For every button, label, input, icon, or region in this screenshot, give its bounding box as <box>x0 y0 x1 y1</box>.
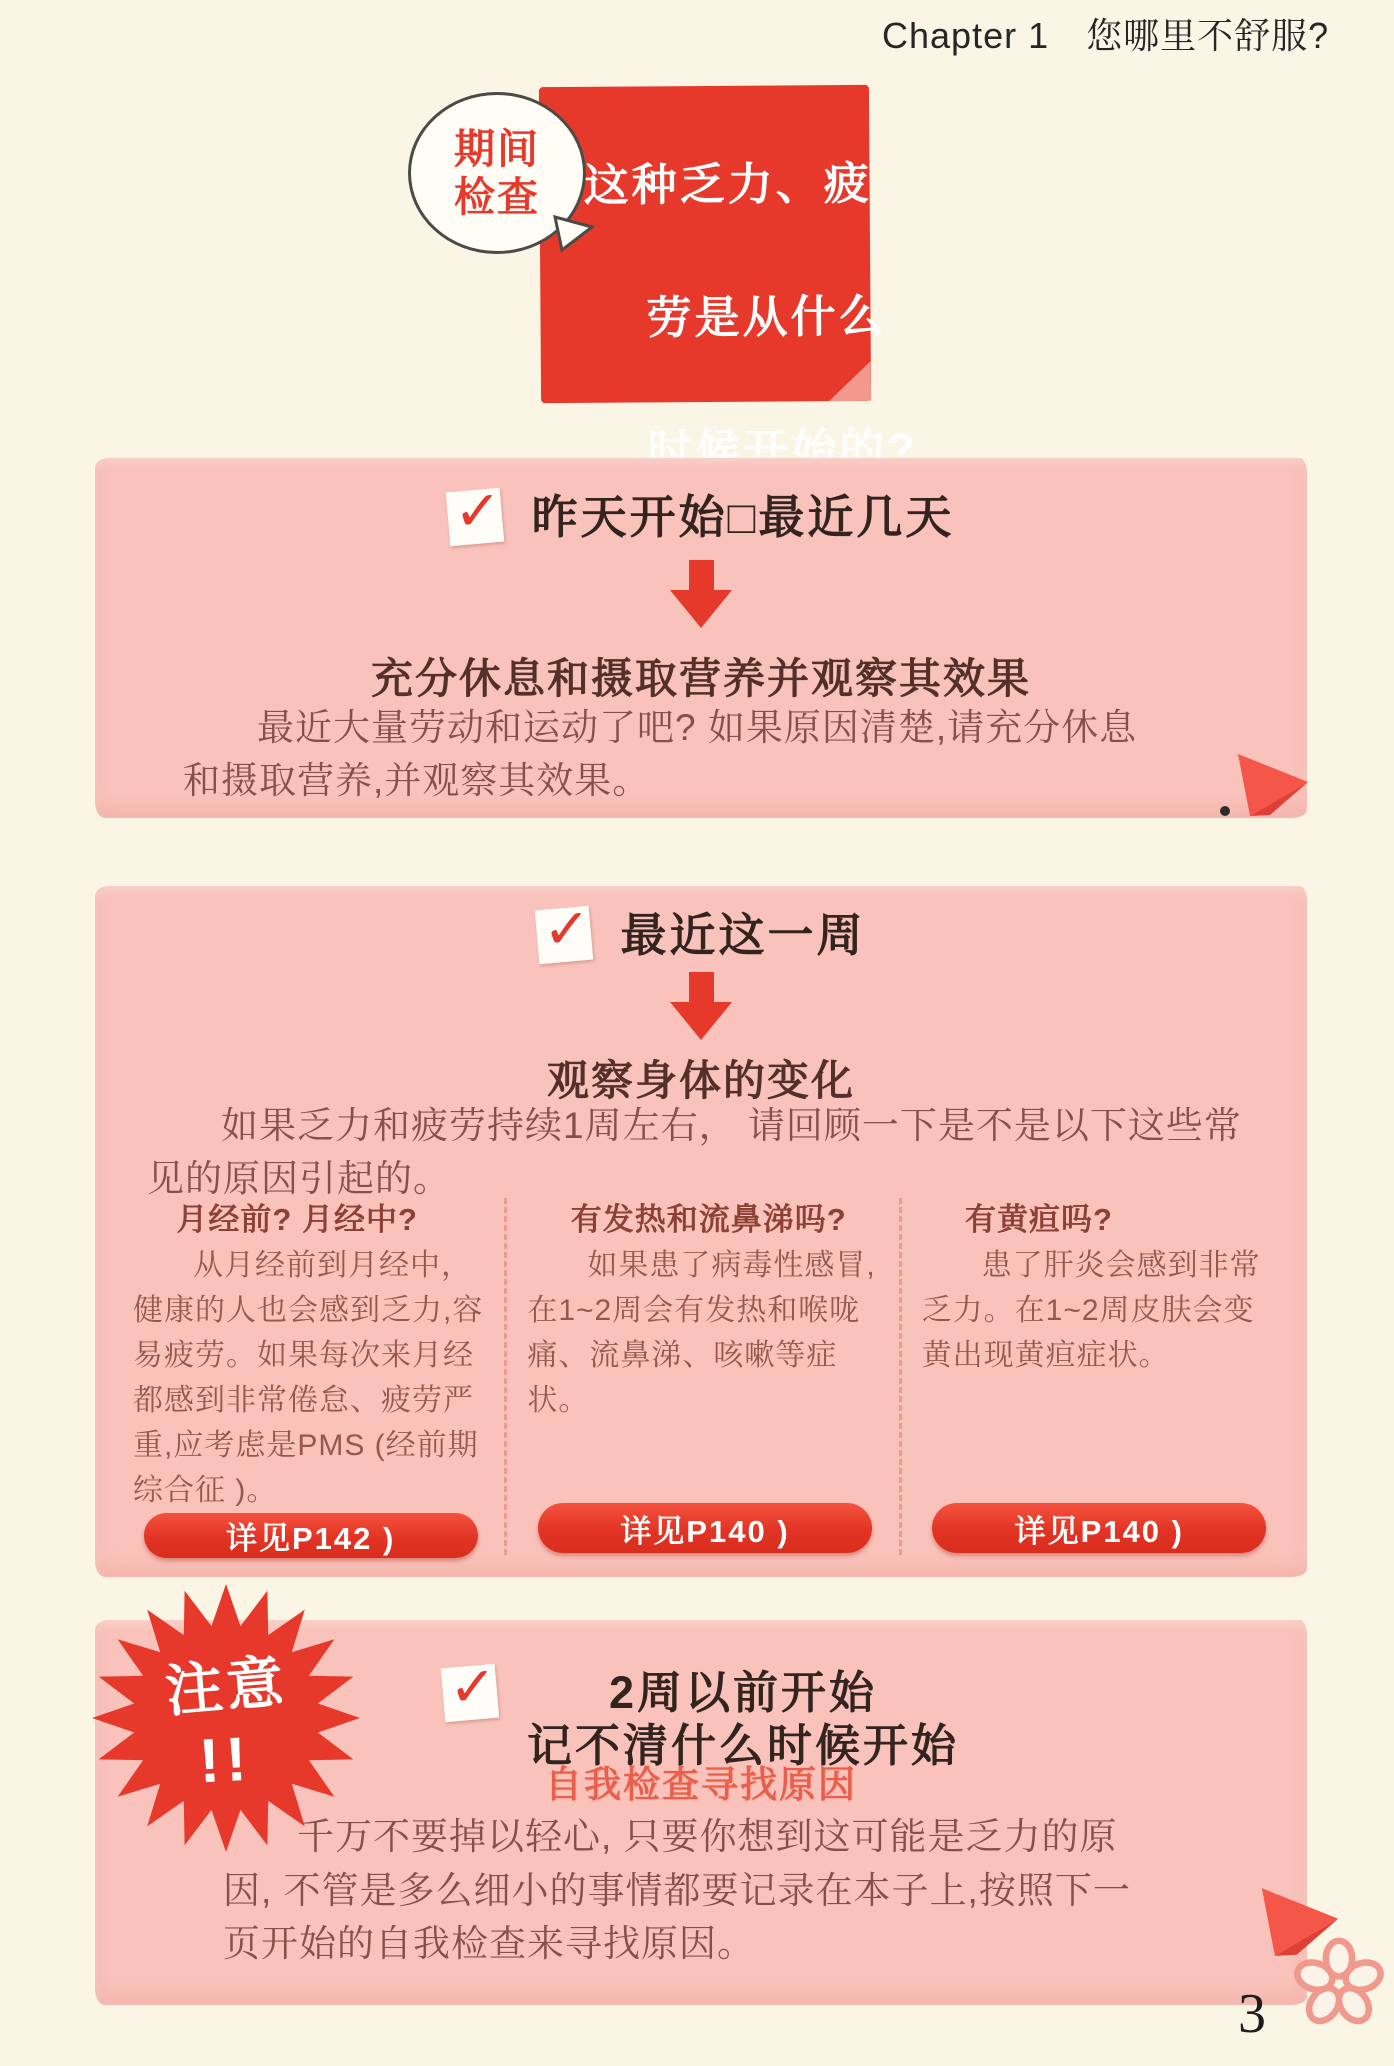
panel3-title-line1: 2周以前开始 <box>609 1667 877 1718</box>
panel-last-week: ✓ 最近这一周 观察身体的变化 如果乏力和疲劳持续1周左右， 请回顾一下是不是以… <box>95 886 1307 1577</box>
flower-icon <box>1292 1936 1386 2032</box>
speech-bubble-tail <box>552 212 596 254</box>
question-line-2: 劳是从什么 <box>646 291 886 344</box>
see-page-p140-button[interactable]: 详见P140 ) <box>932 1503 1266 1553</box>
checkbox-checked-icon[interactable]: ✓ <box>534 906 593 965</box>
panel1-body: 最近大量劳动和运动了吧? 如果原因清楚,请充分休息和摄取营养,并观察其效果。 <box>183 702 1158 807</box>
panel2-title: 最近这一周 <box>621 908 866 962</box>
down-arrow-icon <box>661 970 741 1042</box>
column2-title: 有发热和流鼻涕吗? <box>527 1198 882 1241</box>
ink-speck <box>1220 806 1230 816</box>
panel1-subtitle: 充分休息和摄取营养并观察其效果 <box>95 646 1307 706</box>
panel-two-weeks-ago: 注意 !! ✓ 2周以前开始 记不清什么时候开始 自我检查寻找原因 千万不要掉以… <box>95 1620 1307 2005</box>
column2-body: 如果患了病毒性感冒,在1~2周会有发热和喉咙痛、流鼻涕、咳嗽等症状。 <box>527 1243 882 1423</box>
panel-yesterday-onset: ✓ 昨天开始□最近几天 充分休息和摄取营养并观察其效果 最近大量劳动和运动了吧?… <box>95 458 1307 818</box>
check-icon: ✓ <box>542 896 590 962</box>
bubble-line-1: 期间 <box>454 125 540 173</box>
attention-burst-label: 注意 !! <box>90 1582 362 1854</box>
bubble-line-2: 检查 <box>454 173 540 221</box>
panel1-title: 昨天开始□最近几天 <box>532 490 955 544</box>
panel2-subtitle: 观察身体的变化 <box>95 1048 1307 1108</box>
panel2-body: 如果乏力和疲劳持续1周左右， 请回顾一下是不是以下这些常见的原因引起的。 <box>147 1100 1242 1205</box>
panel2-heading: ✓ 最近这一周 <box>95 908 1307 962</box>
cause-columns: 月经前? 月经中? 从月经前到月经中， 健康的人也会感到乏力,容易疲劳。如果每次… <box>113 1198 1293 1555</box>
page-fold-arrow-icon <box>1236 752 1310 818</box>
panel1-heading: ✓ 昨天开始□最近几天 <box>95 490 1307 544</box>
see-page-p140-button[interactable]: 详见P140 ) <box>538 1503 872 1553</box>
check-icon: ✓ <box>453 478 501 544</box>
column1-title: 月经前? 月经中? <box>133 1198 488 1241</box>
page-number: 3 <box>1238 1982 1266 2046</box>
column-menstruation: 月经前? 月经中? 从月经前到月经中， 健康的人也会感到乏力,容易疲劳。如果每次… <box>113 1198 504 1555</box>
column1-body: 从月经前到月经中， 健康的人也会感到乏力,容易疲劳。如果每次来月经都感到非常倦怠… <box>133 1243 488 1513</box>
chapter-header: Chapter 1 您哪里不舒服? <box>882 8 1362 59</box>
see-page-p142-button[interactable]: 详见P142 ) <box>144 1513 478 1558</box>
column-jaundice: 有黄疸吗? 患了肝炎会感到非常乏力。在1~2周皮肤会变黄出现黄疸症状。 详见P1… <box>899 1198 1293 1555</box>
question-line-1: 这种乏力、疲 <box>583 158 871 211</box>
attention-text: 注意 <box>162 1635 291 1727</box>
attention-exclamation: !! <box>198 1723 255 1797</box>
column-fever-cold: 有发热和流鼻涕吗? 如果患了病毒性感冒,在1~2周会有发热和喉咙痛、流鼻涕、咳嗽… <box>504 1198 898 1555</box>
attention-burst-icon: 注意 !! <box>90 1582 362 1854</box>
column3-body: 患了肝炎会感到非常乏力。在1~2周皮肤会变黄出现黄疸症状。 <box>922 1243 1277 1378</box>
column3-title: 有黄疸吗? <box>922 1198 1277 1241</box>
checkbox-checked-icon[interactable]: ✓ <box>445 488 504 547</box>
checkbox-checked-icon[interactable]: ✓ <box>441 1664 500 1723</box>
down-arrow-icon <box>661 558 741 630</box>
check-icon: ✓ <box>448 1654 496 1720</box>
